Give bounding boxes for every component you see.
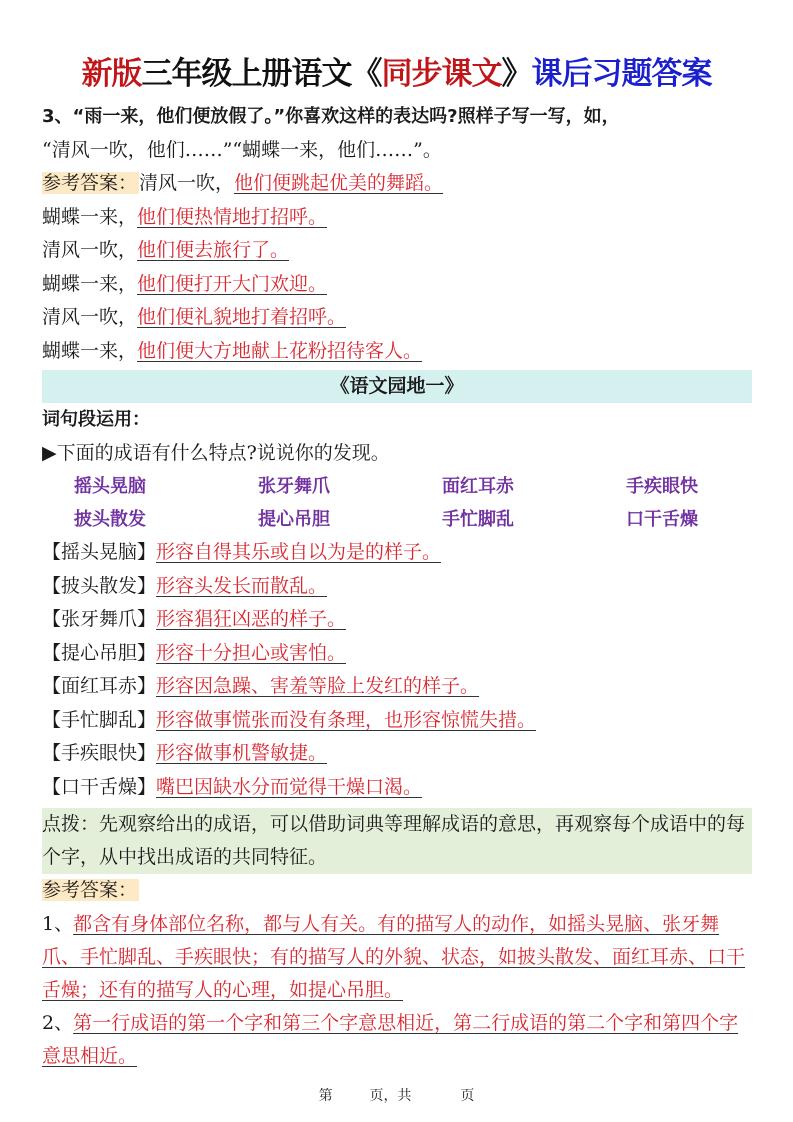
answer-lead: 蝴蝶一来， bbox=[42, 273, 137, 295]
idiom-item: 披头散发 bbox=[74, 503, 258, 536]
answer-text: 他们便跳起优美的舞蹈。 bbox=[234, 172, 443, 194]
definition-term: 【面红耳赤】 bbox=[42, 675, 156, 697]
definition-meaning: 形容头发长而散乱。 bbox=[156, 575, 327, 597]
definition-meaning: 嘴巴因缺水分而觉得干燥口渴。 bbox=[156, 776, 422, 798]
answer-lead: 蝴蝶一来， bbox=[42, 206, 137, 228]
idiom-item: 提心吊胆 bbox=[258, 503, 442, 536]
question3-answer-row: 蝴蝶一来，他们便大方地献上花粉招待客人。 bbox=[42, 335, 752, 369]
idiom-item: 手疾眼快 bbox=[626, 470, 776, 503]
definition-row: 【手忙脚乱】形容做事慌张而没有条理，也形容惊慌失措。 bbox=[42, 704, 752, 738]
answer-label-row: 参考答案： bbox=[42, 874, 752, 908]
question3-answer-row: 参考答案：清风一吹，他们便跳起优美的舞蹈。 bbox=[42, 167, 752, 201]
answer-lead: 蝴蝶一来， bbox=[42, 340, 137, 362]
page-label-3: 页 bbox=[460, 1085, 474, 1105]
definition-meaning: 形容做事慌张而没有条理，也形容惊慌失措。 bbox=[156, 709, 536, 731]
title-part-grade: 三年级上册语文《 bbox=[142, 56, 382, 92]
definition-row: 【口干舌燥】嘴巴因缺水分而觉得干燥口渴。 bbox=[42, 771, 752, 805]
definition-row: 【张牙舞爪】形容猖狂凶恶的样子。 bbox=[42, 603, 752, 637]
answer-1: 1、都含有身体部位名称，都与人有关。有的描写人的动作，如摇头晃脑、张牙舞爪、手忙… bbox=[42, 908, 752, 1007]
definition-term: 【提心吊胆】 bbox=[42, 642, 156, 664]
definition-row: 【摇头晃脑】形容自得其乐或自以为是的样子。 bbox=[42, 536, 752, 570]
title-part-new-edition: 新版 bbox=[82, 56, 142, 92]
answer-label: 参考答案： bbox=[42, 879, 139, 901]
definition-term: 【手忙脚乱】 bbox=[42, 709, 156, 731]
question3-answer-row: 蝴蝶一来，他们便热情地打招呼。 bbox=[42, 201, 752, 235]
definition-row: 【面红耳赤】形容因急躁、害羞等脸上发红的样子。 bbox=[42, 670, 752, 704]
question3-answer-row: 蝴蝶一来，他们便打开大门欢迎。 bbox=[42, 268, 752, 302]
definition-meaning: 形容做事机警敏捷。 bbox=[156, 742, 327, 764]
question3-answer-row: 清风一吹，他们便礼貌地打着招呼。 bbox=[42, 301, 752, 335]
answer-text: 他们便去旅行了。 bbox=[137, 239, 289, 261]
idiom-item: 摇头晃脑 bbox=[74, 470, 258, 503]
answer-lead: 清风一吹， bbox=[42, 239, 137, 261]
page-label-1: 第 bbox=[319, 1085, 333, 1105]
definition-row: 【提心吊胆】形容十分担心或害怕。 bbox=[42, 637, 752, 671]
question3-prompt-line1: 3、“雨一来，他们便放假了。”你喜欢这样的表达吗?照样子写一写，如， bbox=[42, 100, 752, 134]
definition-meaning: 形容因急躁、害羞等脸上发红的样子。 bbox=[156, 675, 479, 697]
answer-2-text: 第一行成语的第一个字和第三个字意思相近，第二行成语的第二个字和第四个字意思相近。 bbox=[42, 1012, 738, 1067]
page-label-2: 页，共 bbox=[370, 1085, 412, 1105]
title-part-bracket: 》 bbox=[502, 56, 532, 92]
definition-term: 【口干舌燥】 bbox=[42, 776, 156, 798]
definition-term: 【披头散发】 bbox=[42, 575, 156, 597]
definition-row: 【披头散发】形容头发长而散乱。 bbox=[42, 570, 752, 604]
idiom-grid: 摇头晃脑 张牙舞爪 面红耳赤 手疾眼快 披头散发 提心吊胆 手忙脚乱 口干舌燥 bbox=[42, 470, 752, 536]
page-footer: 第 页，共 页 bbox=[0, 1085, 793, 1105]
answer-1-number: 1、 bbox=[42, 913, 73, 935]
answer-lead: 清风一吹， bbox=[139, 172, 234, 194]
idiom-item: 手忙脚乱 bbox=[442, 503, 626, 536]
definition-meaning: 形容猖狂凶恶的样子。 bbox=[156, 608, 346, 630]
definition-meaning: 形容十分担心或害怕。 bbox=[156, 642, 346, 664]
title-part-answers: 课后习题答案 bbox=[532, 56, 712, 92]
answer-1-text: 都含有身体部位名称，都与人有关。有的描写人的动作，如摇头晃脑、张牙舞爪、手忙脚乱… bbox=[42, 913, 745, 1001]
tip-box: 点拨：先观察给出的成语，可以借助词典等理解成语的意思，再观察每个成语中的每个字，… bbox=[42, 808, 752, 874]
answer-2-number: 2、 bbox=[42, 1012, 73, 1034]
idiom-item: 面红耳赤 bbox=[442, 470, 626, 503]
page-content: 3、“雨一来，他们便放假了。”你喜欢这样的表达吗?照样子写一写，如， “清风一吹… bbox=[42, 100, 752, 1073]
definition-meaning: 形容自得其乐或自以为是的样子。 bbox=[156, 541, 441, 563]
section-heading-bar: 《语文园地一》 bbox=[42, 370, 752, 403]
answer-text: 他们便打开大门欢迎。 bbox=[137, 273, 327, 295]
answer-text: 他们便热情地打招呼。 bbox=[137, 206, 327, 228]
answer-lead: 清风一吹， bbox=[42, 306, 137, 328]
idiom-item: 张牙舞爪 bbox=[258, 470, 442, 503]
answer-text: 他们便大方地献上花粉招待客人。 bbox=[137, 340, 422, 362]
answer-2: 2、第一行成语的第一个字和第三个字意思相近，第二行成语的第二个字和第四个字意思相… bbox=[42, 1007, 752, 1073]
definition-term: 【张牙舞爪】 bbox=[42, 608, 156, 630]
answer-label: 参考答案： bbox=[42, 172, 139, 194]
answer-text: 他们便礼貌地打着招呼。 bbox=[137, 306, 346, 328]
section-subheading: 词句段运用： bbox=[42, 403, 752, 437]
question3-prompt-line2: “清风一吹，他们……”“蝴蝶一来，他们……”。 bbox=[42, 134, 752, 168]
definition-row: 【手疾眼快】形容做事机警敏捷。 bbox=[42, 737, 752, 771]
question3-answer-row: 清风一吹，他们便去旅行了。 bbox=[42, 234, 752, 268]
definition-term: 【手疾眼快】 bbox=[42, 742, 156, 764]
definition-term: 【摇头晃脑】 bbox=[42, 541, 156, 563]
document-title: 新版三年级上册语文《同步课文》课后习题答案 bbox=[0, 48, 793, 93]
idiom-item: 口干舌燥 bbox=[626, 503, 776, 536]
title-part-sync: 同步课文 bbox=[382, 56, 502, 92]
idiom-question: ▶下面的成语有什么特点?说说你的发现。 bbox=[42, 437, 752, 471]
